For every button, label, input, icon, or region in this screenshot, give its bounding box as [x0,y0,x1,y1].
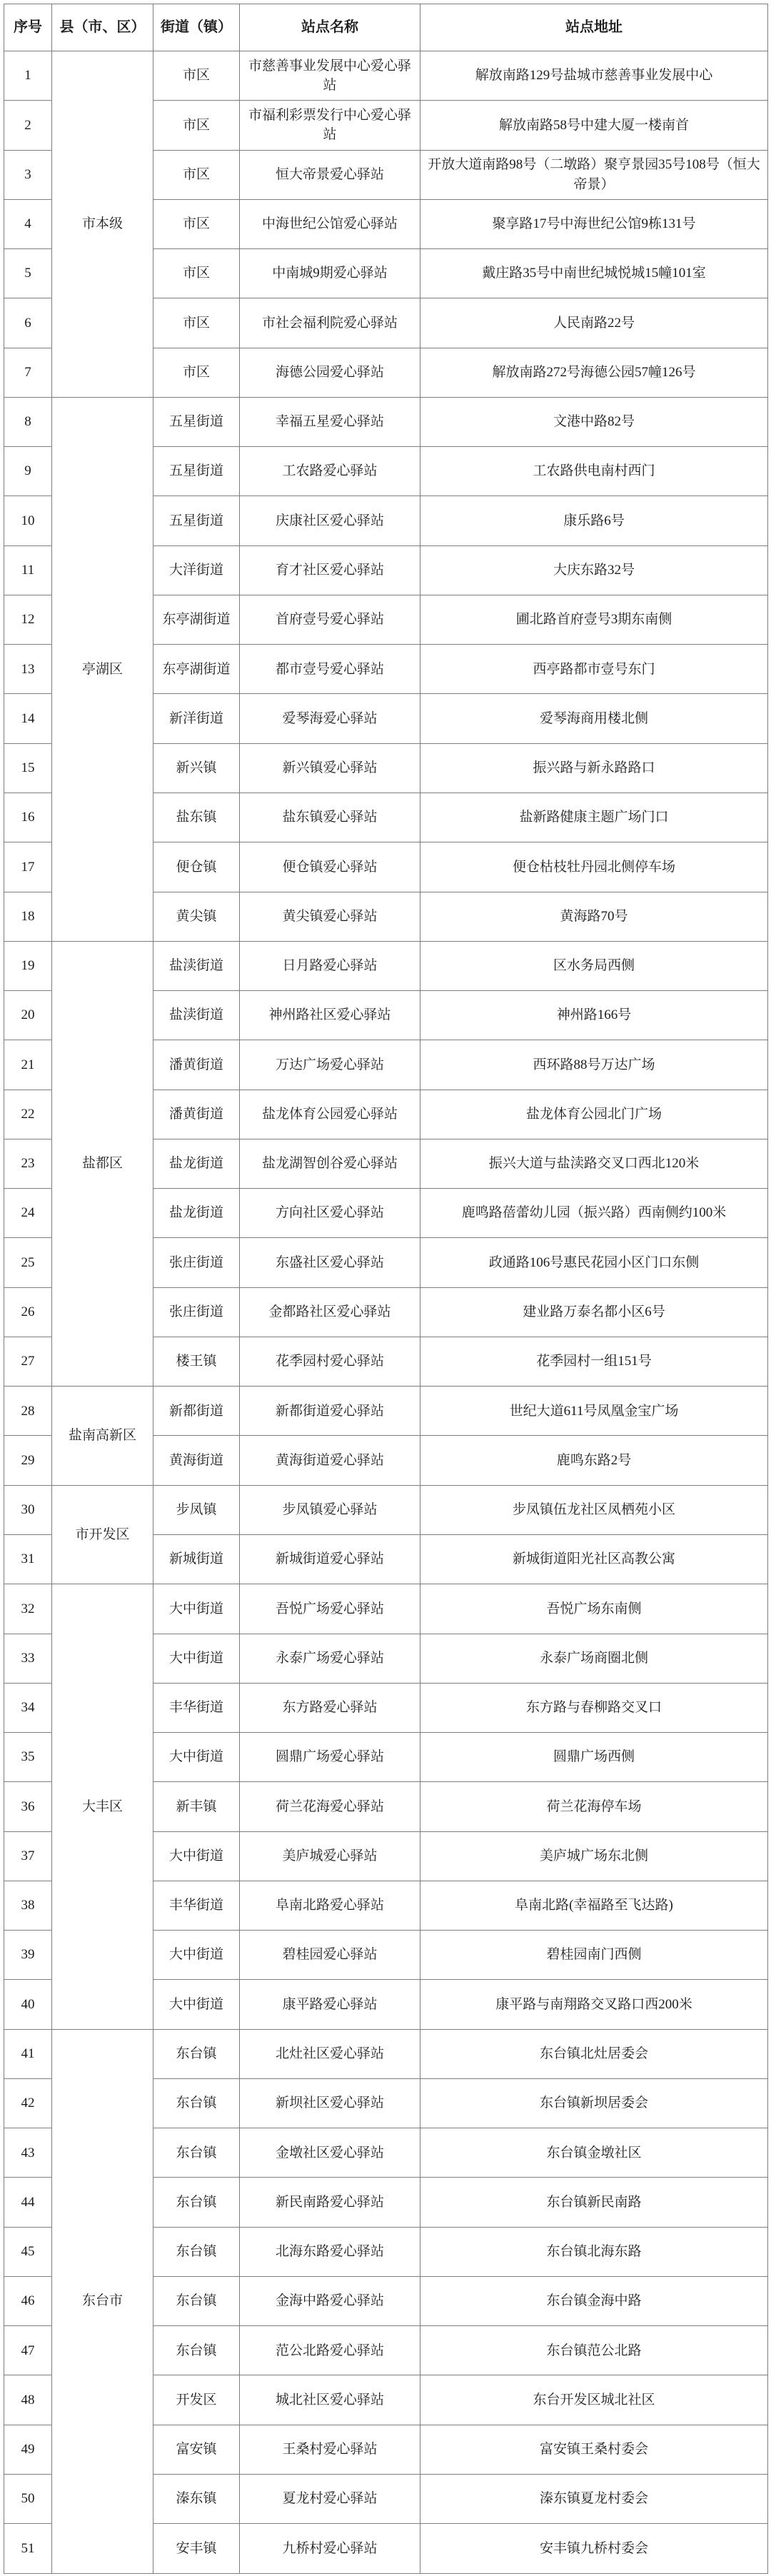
cell-station-address: 康乐路6号 [420,496,768,545]
cell-station-name: 金海中路爱心驿站 [240,2276,420,2325]
cell-street: 潘黄街道 [153,1090,240,1139]
table-row: 41东台市东台镇北灶社区爱心驿站东台镇北灶居委会 [4,2029,768,2078]
cell-station-name: 幸福五星爱心驿站 [240,397,420,446]
cell-street: 大中街道 [153,1831,240,1881]
cell-index: 39 [4,1931,52,1980]
cell-station-name: 都市壹号爱心驿站 [240,645,420,694]
cell-street: 东亭湖街道 [153,645,240,694]
cell-street: 东台镇 [153,2227,240,2276]
cell-station-name: 范公北路爱心驿站 [240,2326,420,2375]
header-name: 站点名称 [240,4,420,51]
cell-county: 盐都区 [52,941,153,1386]
table-row: 19盐都区盐渎街道日月路爱心驿站区水务局西侧 [4,941,768,990]
cell-station-name: 便仓镇爱心驿站 [240,842,420,892]
cell-station-address: 盐新路健康主题广场门口 [420,793,768,842]
cell-index: 19 [4,941,52,990]
cell-street: 市区 [153,51,240,101]
cell-index: 34 [4,1683,52,1732]
header-street: 街道（镇） [153,4,240,51]
cell-station-name: 恒大帝景爱心驿站 [240,150,420,199]
cell-station-address: 振兴路与新永路路口 [420,743,768,793]
cell-county: 亭湖区 [52,397,153,941]
cell-station-address: 爱琴海商用楼北侧 [420,694,768,743]
cell-station-name: 北灶社区爱心驿站 [240,2029,420,2078]
cell-station-address: 花季园村一组151号 [420,1337,768,1386]
cell-station-name: 东盛社区爱心驿站 [240,1238,420,1287]
cell-street: 东台镇 [153,2178,240,2227]
cell-index: 49 [4,2425,52,2474]
cell-station-address: 西亭路都市壹号东门 [420,645,768,694]
cell-street: 五星街道 [153,447,240,496]
cell-index: 51 [4,2524,52,2573]
cell-station-address: 戴庄路35号中南世纪城悦城15幢101室 [420,249,768,298]
cell-street: 大中街道 [153,1584,240,1634]
cell-station-name: 新民南路爱心驿站 [240,2178,420,2227]
cell-station-name: 黄海街道爱心驿站 [240,1436,420,1485]
cell-street: 大中街道 [153,1931,240,1980]
cell-street: 大中街道 [153,1980,240,2029]
cell-station-name: 金墩社区爱心驿站 [240,2128,420,2178]
cell-station-name: 阜南北路爱心驿站 [240,1881,420,1930]
cell-street: 市区 [153,150,240,199]
cell-station-address: 东台镇金海中路 [420,2276,768,2325]
cell-index: 2 [4,101,52,150]
header-index: 序号 [4,4,52,51]
cell-index: 35 [4,1733,52,1782]
cell-station-name: 新城街道爱心驿站 [240,1534,420,1584]
cell-station-name: 东方路爱心驿站 [240,1683,420,1732]
cell-street: 东台镇 [153,2029,240,2078]
cell-index: 37 [4,1831,52,1881]
cell-station-name: 城北社区爱心驿站 [240,2375,420,2425]
cell-street: 潘黄街道 [153,1040,240,1090]
cell-street: 大中街道 [153,1733,240,1782]
cell-index: 12 [4,595,52,644]
cell-station-name: 中南城9期爱心驿站 [240,249,420,298]
header-county: 县（市、区） [52,4,153,51]
cell-station-name: 新兴镇爱心驿站 [240,743,420,793]
cell-street: 安丰镇 [153,2524,240,2573]
cell-station-address: 东台镇范公北路 [420,2326,768,2375]
cell-index: 28 [4,1387,52,1436]
cell-street: 黄尖镇 [153,892,240,941]
cell-station-address: 工农路供电南村西门 [420,447,768,496]
cell-station-name: 永泰广场爱心驿站 [240,1634,420,1683]
cell-street: 大洋街道 [153,545,240,595]
cell-station-address: 步凤镇伍龙社区凤栖苑小区 [420,1485,768,1534]
cell-index: 3 [4,150,52,199]
cell-station-address: 东台镇北灶居委会 [420,2029,768,2078]
cell-station-address: 解放南路58号中建大厦一楼南首 [420,101,768,150]
cell-station-name: 新坝社区爱心驿站 [240,2078,420,2128]
cell-station-address: 鹿鸣路蓓蕾幼儿园（振兴路）西南侧约100米 [420,1189,768,1238]
header-row: 序号 县（市、区） 街道（镇） 站点名称 站点地址 [4,4,768,51]
cell-station-name: 花季园村爱心驿站 [240,1337,420,1386]
cell-street: 东台镇 [153,2326,240,2375]
cell-street: 盐龙街道 [153,1139,240,1188]
page: 序号 县（市、区） 街道（镇） 站点名称 站点地址 1市本级市区市慈善事业发展中… [0,0,771,2576]
header-address: 站点地址 [420,4,768,51]
cell-street: 市区 [153,348,240,397]
cell-station-name: 盐东镇爱心驿站 [240,793,420,842]
cell-station-name: 金都路社区爱心驿站 [240,1287,420,1337]
cell-station-address: 世纪大道611号凤凰金宝广场 [420,1387,768,1436]
cell-index: 41 [4,2029,52,2078]
cell-index: 30 [4,1485,52,1534]
cell-street: 便仓镇 [153,842,240,892]
cell-station-address: 东台镇金墩社区 [420,2128,768,2178]
cell-index: 4 [4,199,52,248]
cell-index: 10 [4,496,52,545]
cell-station-address: 东台镇北海东路 [420,2227,768,2276]
cell-station-address: 东台镇新民南路 [420,2178,768,2227]
cell-station-name: 市福利彩票发行中心爱心驿站 [240,101,420,150]
cell-station-address: 文港中路82号 [420,397,768,446]
cell-county: 东台市 [52,2029,153,2573]
cell-street: 市区 [153,199,240,248]
cell-station-name: 盐龙湖智创谷爱心驿站 [240,1139,420,1188]
cell-street: 黄海街道 [153,1436,240,1485]
cell-station-name: 夏龙村爱心驿站 [240,2475,420,2524]
cell-station-address: 解放南路272号海德公园57幢126号 [420,348,768,397]
cell-street: 大中街道 [153,1634,240,1683]
cell-index: 36 [4,1782,52,1831]
cell-street: 张庄街道 [153,1287,240,1337]
cell-street: 溱东镇 [153,2475,240,2524]
cell-station-address: 开放大道南路98号（二墩路）聚亨景园35号108号（恒大帝景） [420,150,768,199]
cell-index: 15 [4,743,52,793]
cell-station-address: 人民南路22号 [420,298,768,348]
cell-index: 43 [4,2128,52,2178]
cell-street: 市区 [153,249,240,298]
cell-index: 7 [4,348,52,397]
cell-station-address: 荷兰花海停车场 [420,1782,768,1831]
cell-street: 东台镇 [153,2078,240,2128]
cell-street: 开发区 [153,2375,240,2425]
cell-street: 盐渎街道 [153,991,240,1040]
cell-station-name: 日月路爱心驿站 [240,941,420,990]
cell-station-address: 解放南路129号盐城市慈善事业发展中心 [420,51,768,101]
cell-street: 盐东镇 [153,793,240,842]
cell-station-name: 黄尖镇爱心驿站 [240,892,420,941]
cell-station-name: 方向社区爱心驿站 [240,1189,420,1238]
cell-index: 27 [4,1337,52,1386]
cell-station-name: 圆鼎广场爱心驿站 [240,1733,420,1782]
cell-station-name: 庆康社区爱心驿站 [240,496,420,545]
cell-index: 9 [4,447,52,496]
cell-index: 8 [4,397,52,446]
cell-county: 大丰区 [52,1584,153,2029]
cell-station-address: 便仓枯枝牡丹园北侧停车场 [420,842,768,892]
cell-index: 24 [4,1189,52,1238]
cell-county: 市开发区 [52,1485,153,1584]
cell-station-address: 富安镇王桑村委会 [420,2425,768,2474]
cell-station-name: 中海世纪公馆爱心驿站 [240,199,420,248]
cell-index: 50 [4,2475,52,2524]
cell-station-name: 北海东路爱心驿站 [240,2227,420,2276]
cell-station-address: 东台镇新坝居委会 [420,2078,768,2128]
cell-street: 东台镇 [153,2276,240,2325]
cell-station-name: 康平路爱心驿站 [240,1980,420,2029]
cell-index: 45 [4,2227,52,2276]
cell-station-address: 盐龙体育公园北门广场 [420,1090,768,1139]
cell-station-address: 大庆东路32号 [420,545,768,595]
cell-index: 21 [4,1040,52,1090]
cell-street: 五星街道 [153,397,240,446]
table-row: 8亭湖区五星街道幸福五星爱心驿站文港中路82号 [4,397,768,446]
stations-table-body: 1市本级市区市慈善事业发展中心爱心驿站解放南路129号盐城市慈善事业发展中心2市… [4,51,768,2574]
cell-station-name: 首府壹号爱心驿站 [240,595,420,644]
cell-index: 26 [4,1287,52,1337]
cell-station-name: 步凤镇爱心驿站 [240,1485,420,1534]
cell-index: 16 [4,793,52,842]
cell-index: 29 [4,1436,52,1485]
cell-station-name: 荷兰花海爱心驿站 [240,1782,420,1831]
table-row: 1市本级市区市慈善事业发展中心爱心驿站解放南路129号盐城市慈善事业发展中心 [4,51,768,101]
cell-station-address: 神州路166号 [420,991,768,1040]
cell-index: 17 [4,842,52,892]
cell-station-name: 海德公园爱心驿站 [240,348,420,397]
cell-station-name: 新都街道爱心驿站 [240,1387,420,1436]
cell-county: 盐南高新区 [52,1387,153,1486]
cell-station-address: 鹿鸣东路2号 [420,1436,768,1485]
cell-index: 1 [4,51,52,101]
cell-street: 市区 [153,101,240,150]
cell-index: 33 [4,1634,52,1683]
cell-station-address: 碧桂园南门西侧 [420,1931,768,1980]
cell-station-name: 工农路爱心驿站 [240,447,420,496]
cell-street: 张庄街道 [153,1238,240,1287]
cell-station-address: 吾悦广场东南侧 [420,1584,768,1634]
cell-street: 盐渎街道 [153,941,240,990]
cell-station-name: 美庐城爱心驿站 [240,1831,420,1881]
cell-index: 47 [4,2326,52,2375]
cell-station-address: 建业路万泰名都小区6号 [420,1287,768,1337]
cell-street: 丰华街道 [153,1683,240,1732]
cell-station-address: 振兴大道与盐渎路交叉口西北120米 [420,1139,768,1188]
cell-station-address: 区水务局西侧 [420,941,768,990]
cell-street: 新都街道 [153,1387,240,1436]
cell-index: 20 [4,991,52,1040]
cell-station-name: 王桑村爱心驿站 [240,2425,420,2474]
cell-station-name: 万达广场爱心驿站 [240,1040,420,1090]
cell-index: 32 [4,1584,52,1634]
cell-index: 18 [4,892,52,941]
cell-street: 新丰镇 [153,1782,240,1831]
cell-station-name: 市慈善事业发展中心爱心驿站 [240,51,420,101]
cell-station-address: 永泰广场商圈北侧 [420,1634,768,1683]
cell-street: 新兴镇 [153,743,240,793]
cell-index: 38 [4,1881,52,1930]
cell-station-name: 市社会福利院爱心驿站 [240,298,420,348]
cell-station-address: 聚享路17号中海世纪公馆9栋131号 [420,199,768,248]
cell-station-name: 吾悦广场爱心驿站 [240,1584,420,1634]
cell-index: 14 [4,694,52,743]
cell-county: 市本级 [52,51,153,398]
cell-street: 步凤镇 [153,1485,240,1534]
cell-station-address: 东台开发区城北社区 [420,2375,768,2425]
cell-station-name: 神州路社区爱心驿站 [240,991,420,1040]
cell-street: 新洋街道 [153,694,240,743]
cell-station-address: 新城街道阳光社区高教公寓 [420,1534,768,1584]
cell-index: 48 [4,2375,52,2425]
cell-index: 44 [4,2178,52,2227]
cell-street: 市区 [153,298,240,348]
cell-station-address: 美庐城广场东北侧 [420,1831,768,1881]
cell-index: 11 [4,545,52,595]
cell-index: 23 [4,1139,52,1188]
cell-station-address: 康平路与南翔路交叉路口西200米 [420,1980,768,2029]
cell-index: 22 [4,1090,52,1139]
cell-street: 丰华街道 [153,1881,240,1930]
cell-station-address: 安丰镇九桥村委会 [420,2524,768,2573]
cell-street: 富安镇 [153,2425,240,2474]
cell-street: 楼王镇 [153,1337,240,1386]
cell-street: 新城街道 [153,1534,240,1584]
cell-station-name: 九桥村爱心驿站 [240,2524,420,2573]
table-row: 28盐南高新区新都街道新都街道爱心驿站世纪大道611号凤凰金宝广场 [4,1387,768,1436]
cell-index: 6 [4,298,52,348]
cell-index: 46 [4,2276,52,2325]
cell-station-address: 溱东镇夏龙村委会 [420,2475,768,2524]
cell-station-name: 盐龙体育公园爱心驿站 [240,1090,420,1139]
cell-street: 东亭湖街道 [153,595,240,644]
table-row: 32大丰区大中街道吾悦广场爱心驿站吾悦广场东南侧 [4,1584,768,1634]
cell-street: 盐龙街道 [153,1189,240,1238]
cell-index: 42 [4,2078,52,2128]
cell-index: 13 [4,645,52,694]
cell-station-name: 爱琴海爱心驿站 [240,694,420,743]
cell-station-address: 政通路106号惠民花园小区门口东侧 [420,1238,768,1287]
cell-station-address: 阜南北路(幸福路至飞达路) [420,1881,768,1930]
cell-station-address: 黄海路70号 [420,892,768,941]
cell-station-name: 育才社区爱心驿站 [240,545,420,595]
cell-station-name: 碧桂园爱心驿站 [240,1931,420,1980]
cell-station-address: 圆鼎广场西侧 [420,1733,768,1782]
cell-index: 40 [4,1980,52,2029]
stations-table: 序号 县（市、区） 街道（镇） 站点名称 站点地址 1市本级市区市慈善事业发展中… [4,4,768,2574]
cell-station-address: 圃北路首府壹号3期东南侧 [420,595,768,644]
cell-index: 31 [4,1534,52,1584]
cell-index: 5 [4,249,52,298]
cell-index: 25 [4,1238,52,1287]
cell-station-address: 西环路88号万达广场 [420,1040,768,1090]
table-row: 30市开发区步凤镇步凤镇爱心驿站步凤镇伍龙社区凤栖苑小区 [4,1485,768,1534]
cell-street: 五星街道 [153,496,240,545]
cell-street: 东台镇 [153,2128,240,2178]
cell-station-address: 东方路与春柳路交叉口 [420,1683,768,1732]
